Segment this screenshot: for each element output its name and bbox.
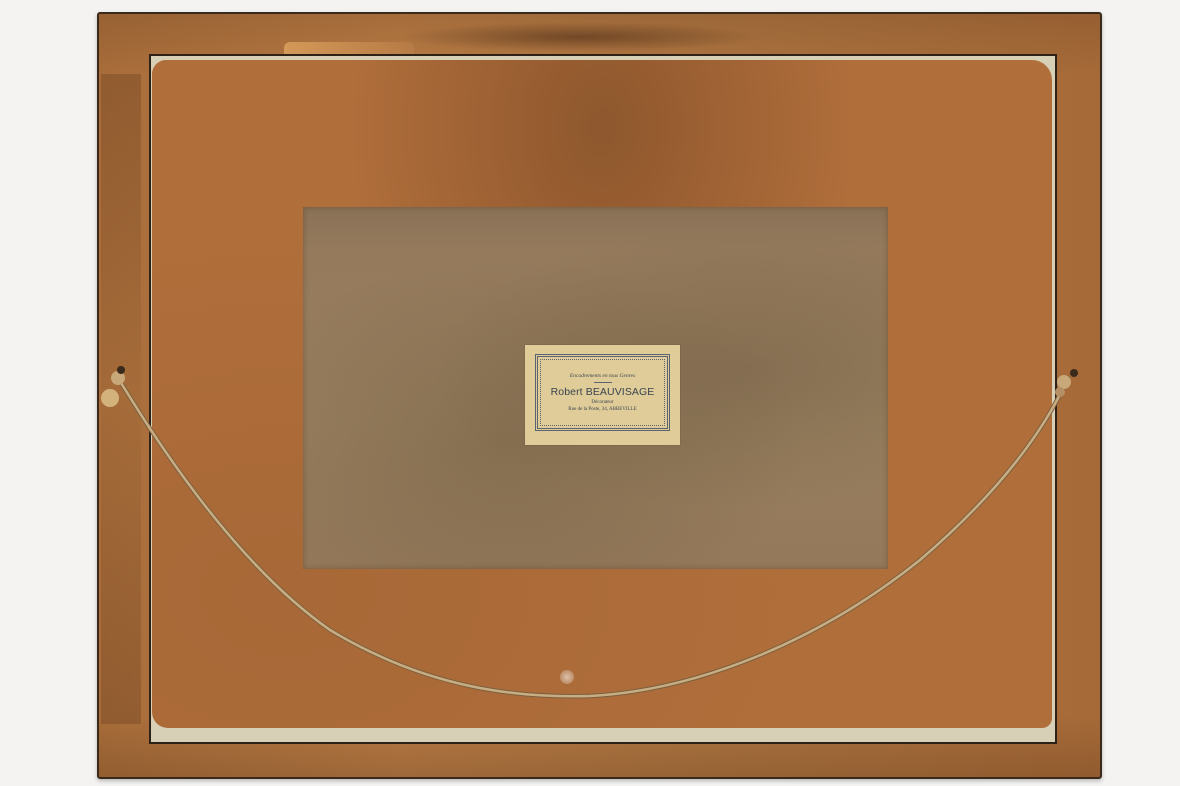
photo-scene: Encadrements en tous Genres Robert BEAUV… — [0, 0, 1180, 786]
cord-knot-right — [1055, 369, 1078, 397]
hanging-cord — [0, 0, 1180, 786]
